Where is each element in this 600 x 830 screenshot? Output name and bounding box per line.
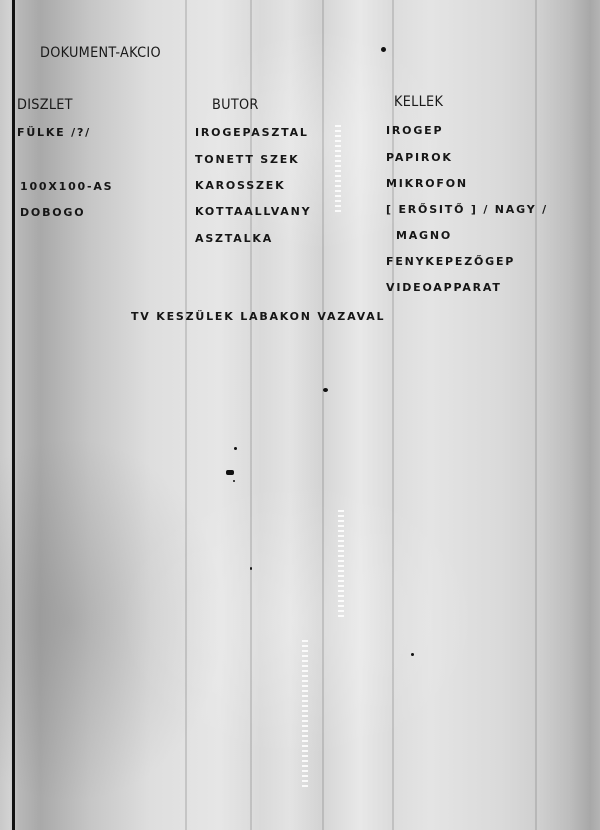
scan-artifact: [338, 510, 344, 620]
speck: [323, 388, 328, 392]
speck: [226, 470, 234, 475]
scanned-page: [0, 0, 600, 830]
list-item: FENYKEPEZŐGEP: [386, 255, 515, 268]
scan-artifact: [302, 640, 308, 790]
page-edge-line: [12, 0, 15, 830]
list-item: IROGEP: [386, 124, 443, 137]
list-item: IROGEPASZTAL: [195, 126, 309, 139]
speck: [234, 447, 237, 450]
list-item: 100X100-AS: [20, 180, 113, 193]
footer-note: TV KESZÜLEK LABAKON VAZAVAL: [131, 310, 385, 323]
speck: [233, 480, 235, 482]
list-item: PAPIROK: [386, 151, 453, 164]
speck: [411, 653, 414, 656]
scan-streak: [322, 0, 324, 830]
speck: [250, 567, 252, 570]
list-item: MAGNO: [396, 229, 452, 242]
scan-streak: [250, 0, 252, 830]
list-item: KAROSSZEK: [195, 179, 285, 192]
scan-shading: [0, 0, 600, 830]
list-item: ASZTALKA: [195, 232, 273, 245]
column-heading-diszlet: DISZLET: [17, 97, 73, 113]
column-heading-butor: BUTOR: [212, 97, 259, 113]
list-item: [ ERŐSITŐ ] / NAGY /: [386, 203, 548, 216]
scan-streak: [185, 0, 187, 830]
list-item: VIDEOAPPARAT: [386, 281, 502, 294]
document-title: DOKUMENT-AKCIO: [40, 45, 161, 61]
scan-streak: [535, 0, 537, 830]
list-item: TONETT SZEK: [195, 153, 299, 166]
list-item: KOTTAALLVANY: [195, 205, 311, 218]
list-item: FÜLKE /?/: [17, 126, 91, 139]
column-heading-kellek: KELLEK: [394, 94, 443, 110]
list-item: DOBOGO: [20, 206, 85, 219]
list-item: MIKROFON: [386, 177, 468, 190]
scan-artifact: [335, 125, 341, 215]
speck: [381, 47, 386, 52]
